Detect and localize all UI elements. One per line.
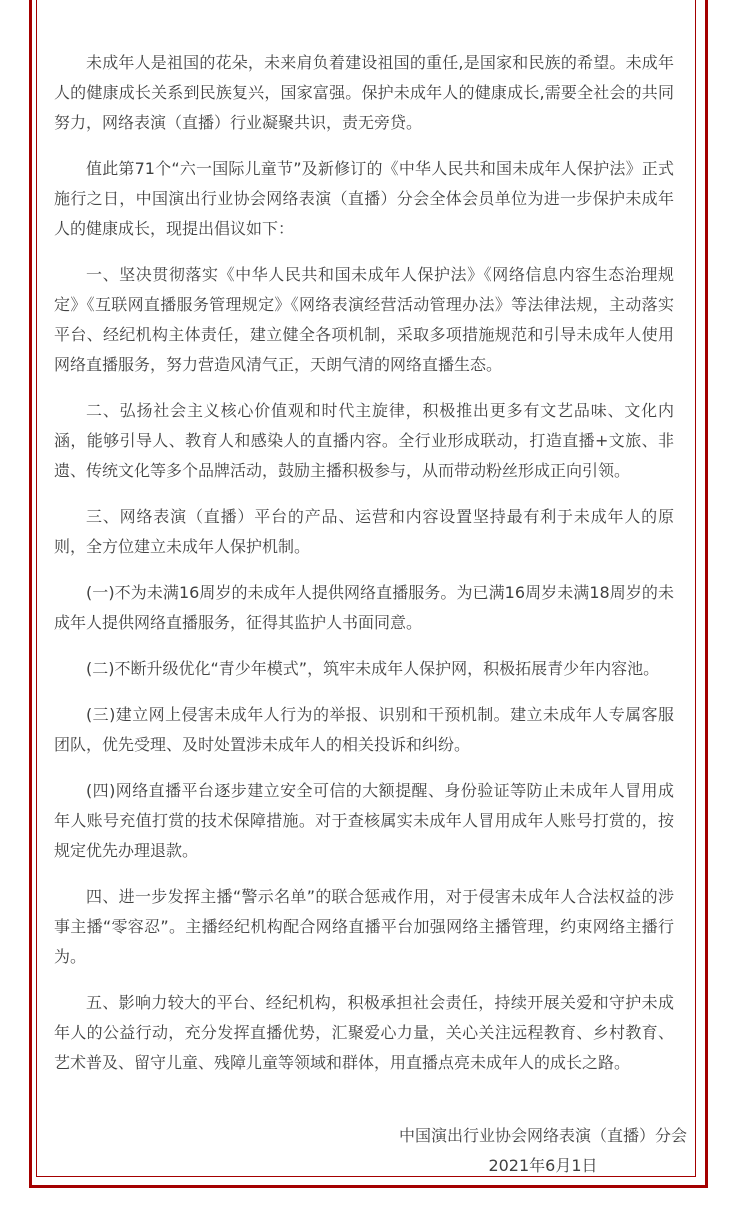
document-body: 未成年人是祖国的花朵，未来肩负着建设祖国的重任,是国家和民族的希望。未成年人的健… [54,48,674,1181]
body-paragraph: (二)不断升级优化“青少年模式”，筑牢未成年人保护网，积极拓展青少年内容池。 [54,654,674,684]
body-paragraph: 值此第71个“六一国际儿童节”及新修订的《中华人民共和国未成年人保护法》正式施行… [54,154,674,244]
body-paragraph: 二、弘扬社会主义核心价值观和时代主旋律，积极推出更多有文艺品味、文化内涵，能够引… [54,396,674,486]
body-paragraph: (一)不为未满16周岁的未成年人提供网络直播服务。为已满16周岁未满18周岁的未… [54,578,674,638]
body-paragraph: 四、进一步发挥主播“警示名单”的联合惩戒作用，对于侵害未成年人合法权益的涉事主播… [54,882,674,972]
body-paragraph: 未成年人是祖国的花朵，未来肩负着建设祖国的重任,是国家和民族的希望。未成年人的健… [54,48,674,138]
signature-date: 2021年6月1日 [399,1151,687,1181]
body-paragraph: 五、影响力较大的平台、经纪机构，积极承担社会责任，持续开展关爱和守护未成年人的公… [54,988,674,1078]
body-paragraph: (四)网络直播平台逐步建立安全可信的大额提醒、身份验证等防止未成年人冒用成年人账… [54,776,674,866]
body-paragraph: 一、坚决贯彻落实《中华人民共和国未成年人保护法》《网络信息内容生态治理规定》《互… [54,260,674,380]
signature-block: 中国演出行业协会网络表演（直播）分会 2021年6月1日 [54,1121,687,1181]
signature-org: 中国演出行业协会网络表演（直播）分会 [399,1121,687,1151]
body-paragraph: 三、网络表演（直播）平台的产品、运营和内容设置坚持最有利于未成年人的原则，全方位… [54,502,674,562]
body-paragraph: (三)建立网上侵害未成年人行为的举报、识别和干预机制。建立未成年人专属客服团队，… [54,700,674,760]
